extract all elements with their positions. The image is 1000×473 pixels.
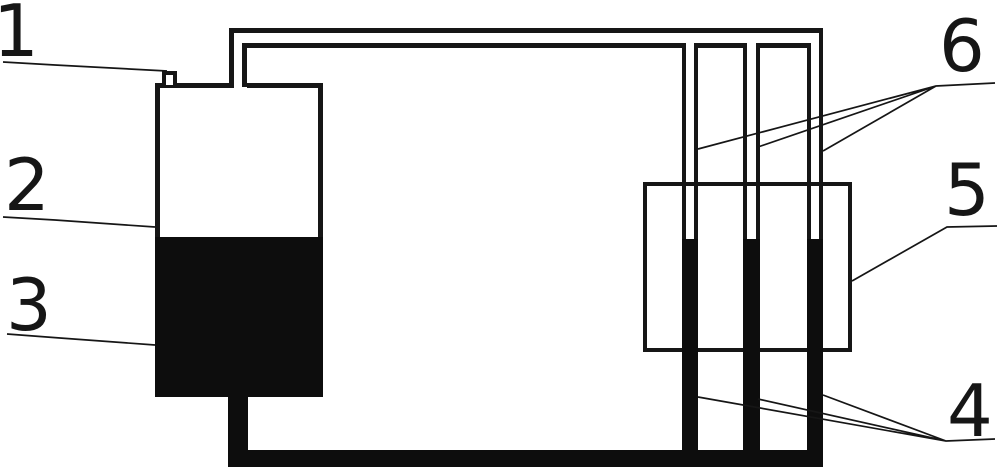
label-6: 6 bbox=[939, 10, 985, 82]
patent-figure: 1 2 3 6 5 4 bbox=[0, 0, 1000, 473]
return-pipe bbox=[0, 0, 1000, 473]
label-5: 5 bbox=[944, 154, 990, 226]
bottom-pipe bbox=[228, 450, 823, 467]
label-2: 2 bbox=[4, 149, 50, 221]
label-4: 4 bbox=[947, 375, 993, 447]
label-3: 3 bbox=[6, 269, 52, 341]
label-1: 1 bbox=[0, 0, 39, 67]
